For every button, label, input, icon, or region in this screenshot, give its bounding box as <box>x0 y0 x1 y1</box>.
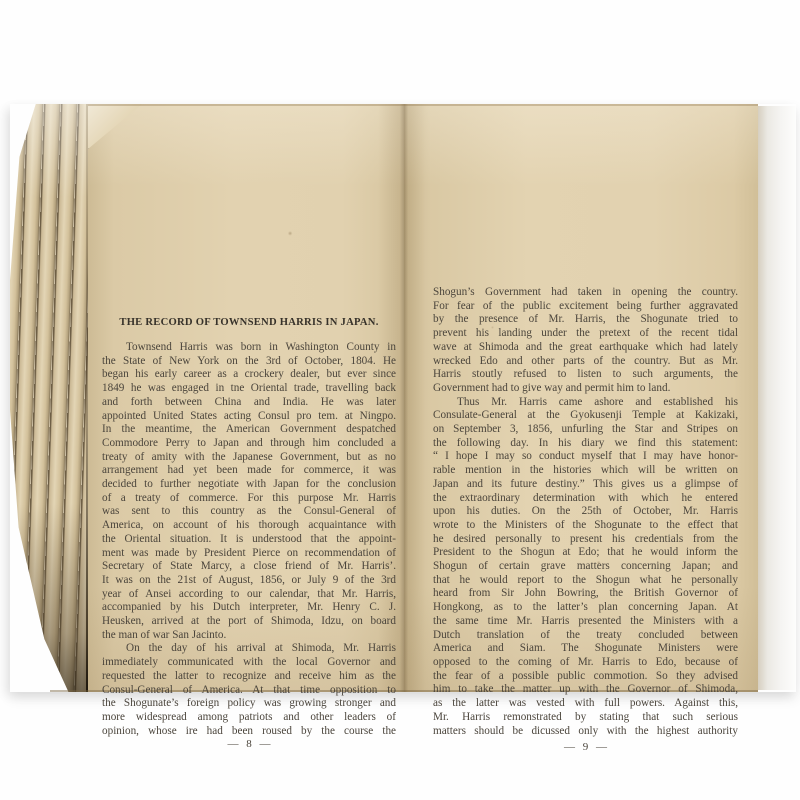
text-line: Consul-General of America. At that time … <box>102 684 396 698</box>
text-line: the man of war San Jacinto. <box>102 629 396 643</box>
text-line: Heusken, arrived at the port of Shimoda,… <box>102 615 396 629</box>
text-line: year of Ansei according to our calendar,… <box>102 588 396 602</box>
text-line: Dutch translation of the treaty conclude… <box>433 629 738 643</box>
text-line: wave at Shimoda and the great earthquake… <box>433 341 738 355</box>
text-line: Consulate-General at the Gyokusenji Temp… <box>433 409 738 423</box>
page-top-edge <box>88 104 758 106</box>
paragraph: Thus Mr. Harris came ashore and establis… <box>433 396 738 739</box>
text-line: accompanied by his Dutch interpreter, Mr… <box>102 601 396 615</box>
text-line: of a treaty of commerce. For this purpos… <box>102 492 396 506</box>
paragraph: Shogun’s Government had taken in opening… <box>433 286 738 396</box>
text-line: that he would report to the Shogun what … <box>433 574 738 588</box>
right-page-body: Shogun’s Government had taken in opening… <box>433 286 738 738</box>
text-line: matters should be dicussed only with the… <box>433 725 738 739</box>
text-line: rable mention in the histories which wil… <box>433 464 738 478</box>
text-line: It was on the 21st of August, 1856, or J… <box>102 574 396 588</box>
text-line: appointed United States acting Consul pr… <box>102 410 396 424</box>
text-line: For fear of the public excitement being … <box>433 300 738 314</box>
text-line: the Shogunate’s foreign policy was growi… <box>102 697 396 711</box>
right-page-text: Shogun’s Government had taken in opening… <box>433 286 738 738</box>
paragraph: Townsend Harris was born in Washington C… <box>102 341 396 642</box>
text-line: requested the latter to recognize and re… <box>102 670 396 684</box>
text-line: began his early career as a crockery dea… <box>102 368 396 382</box>
paragraph: On the day of his arrival at Shimoda, Mr… <box>102 642 396 738</box>
text-line: Secretary of State Marcy, a close friend… <box>102 560 396 574</box>
text-line: opinion, whose ire had been roused by th… <box>102 725 396 739</box>
underlying-page-edge <box>758 106 796 690</box>
text-line: America and Siam. The Shogunate Minister… <box>433 642 738 656</box>
text-line: opposed to the coming of Mr. Harris to E… <box>433 656 738 670</box>
text-line: treaty of amity with the Japanese Govern… <box>102 451 396 465</box>
text-line: Japan and its future destiny.” This give… <box>433 478 738 492</box>
left-page-text: THE RECORD OF TOWNSEND HARRIS IN JAPAN. … <box>102 316 396 738</box>
text-line: the same time Mr. Harris presented the M… <box>433 615 738 629</box>
text-line: as the latter was vested with full power… <box>433 697 738 711</box>
page-number-left: — 8 — <box>102 738 396 750</box>
fanned-page-edges <box>10 104 96 692</box>
text-line: Mr. Harris remonstrated by stating that … <box>433 711 738 725</box>
text-line: heard from Sir John Bowring, the British… <box>433 587 738 601</box>
text-line: the State of New York on the 3rd of Octo… <box>102 355 396 369</box>
text-line: Thus Mr. Harris came ashore and establis… <box>433 396 738 410</box>
text-line: him to take the matter up with the Gover… <box>433 683 738 697</box>
text-line: Shogun’s Government had taken in opening… <box>433 286 738 300</box>
text-line: more widespread among patriots and other… <box>102 711 396 725</box>
text-line: ment was made by President Pierce on rec… <box>102 547 396 561</box>
text-line: Harris stoutly refused to listen to such… <box>433 368 738 382</box>
text-line: on September 3, 1856, unfurling the Star… <box>433 423 738 437</box>
chapter-heading: THE RECORD OF TOWNSEND HARRIS IN JAPAN. <box>102 316 396 330</box>
text-line: upon his duties. On the 25th of October,… <box>433 505 738 519</box>
text-line: Commodore Perry to Japan and through him… <box>102 437 396 451</box>
text-line: America, on account of his thorough acqu… <box>102 519 396 533</box>
text-line: wrote to the Ministers of the Shogunate … <box>433 519 738 533</box>
text-line: Shogun of certain grave matters concerni… <box>433 560 738 574</box>
text-line: arrangement had yet been made for commer… <box>102 464 396 478</box>
photo-background: THE RECORD OF TOWNSEND HARRIS IN JAPAN. … <box>0 0 800 800</box>
text-line: prevent his landing under the pretext of… <box>433 327 738 341</box>
text-line: and forth between China and India. He wa… <box>102 396 396 410</box>
text-line: decided to further negotiate with Japan … <box>102 478 396 492</box>
text-line: On the day of his arrival at Shimoda, Mr… <box>102 642 396 656</box>
text-line: by the presence of Mr. Harris, the Shogu… <box>433 313 738 327</box>
text-line: the following day. In his diary we find … <box>433 437 738 451</box>
text-line: he desired personally to present his cre… <box>433 533 738 547</box>
text-line: immediately communicated with the local … <box>102 656 396 670</box>
text-line: Government had to give way and permit hi… <box>433 382 738 396</box>
text-line: wrecked Edo and other parts of the count… <box>433 355 738 369</box>
text-line: the fear of a possible public commotion.… <box>433 670 738 684</box>
page-number-right: — 9 — <box>433 741 738 753</box>
text-line: was sent to this country as the Consul-G… <box>102 505 396 519</box>
text-line: 1849 he was engaged in tne Oriental trad… <box>102 382 396 396</box>
left-page-body: Townsend Harris was born in Washington C… <box>102 341 396 738</box>
text-line: President to the Shogun at Edo; that he … <box>433 546 738 560</box>
open-book: THE RECORD OF TOWNSEND HARRIS IN JAPAN. … <box>10 104 796 692</box>
text-line: In the meantime, the American Government… <box>102 423 396 437</box>
text-line: Hongkong, as to the latter’s plan concer… <box>433 601 738 615</box>
text-line: the extraordinary determination with whi… <box>433 492 738 506</box>
text-line: the Oriental situation. It is understood… <box>102 533 396 547</box>
text-line: “ I hope I may so conduct myself that I … <box>433 450 738 464</box>
text-line: Townsend Harris was born in Washington C… <box>102 341 396 355</box>
